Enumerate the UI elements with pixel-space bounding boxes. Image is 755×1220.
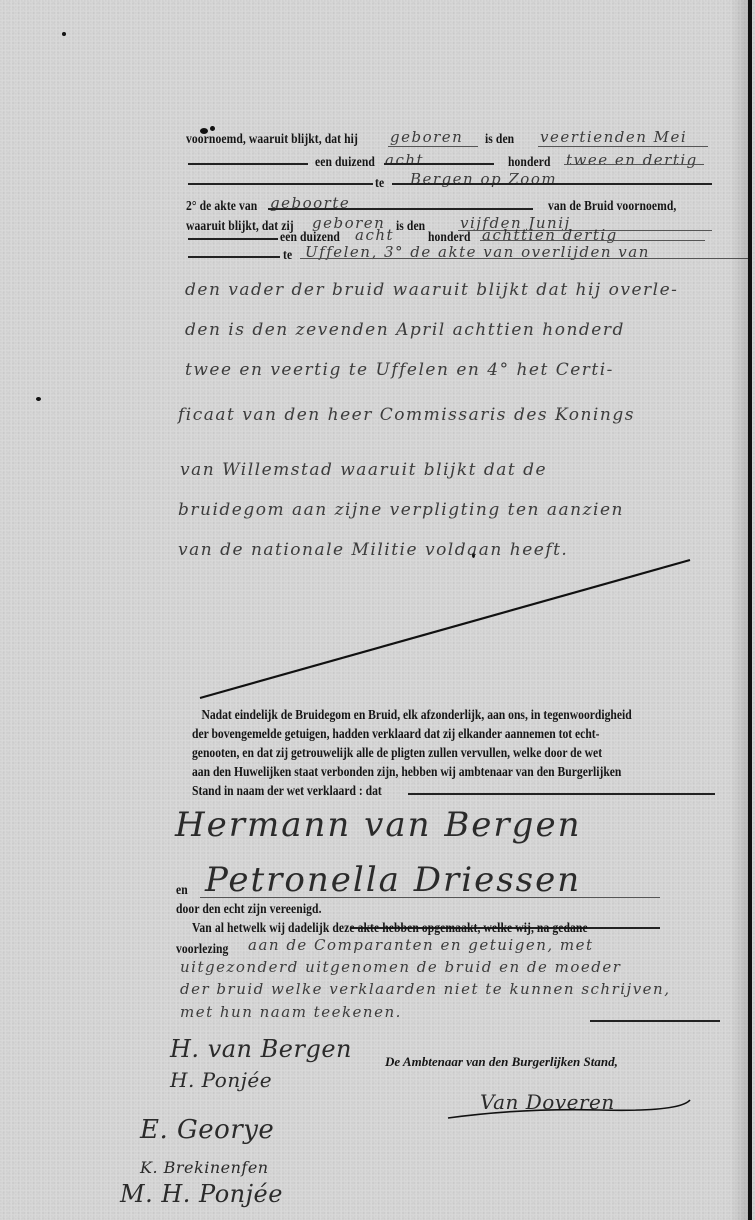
document-page: voornoemd, waaruit blijkt, dat hij gebor… (0, 0, 752, 1220)
scan-edge (748, 0, 752, 1220)
scan-edge-shadow (730, 0, 748, 1220)
signature-flourish (0, 0, 755, 1220)
